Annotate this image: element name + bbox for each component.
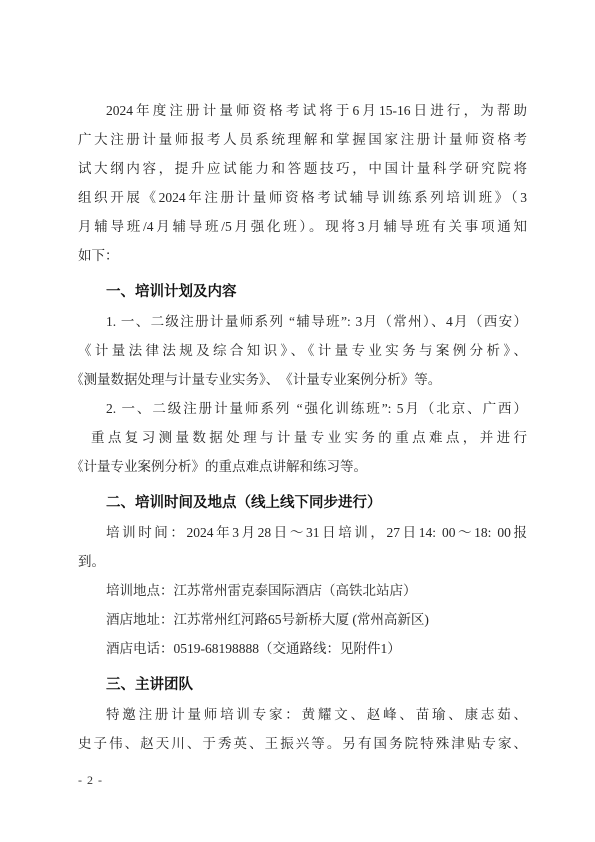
- paragraph-line: 酒店地址：江苏常州红河路65号新桥大厦 (常州高新区): [78, 605, 527, 634]
- paragraph-line: 特邀注册计量师培训专家：黄耀文、赵峰、苗瑜、康志茹、: [78, 700, 527, 729]
- paragraph-line: 《测量数据处理与计量专业实务》、 《计量专业案例分析》等。: [78, 365, 527, 394]
- section-heading-1: 一、培训计划及内容: [78, 278, 527, 307]
- section-heading-2: 二、培训时间及地点（线上线下同步进行）: [78, 489, 527, 518]
- paragraph-line: 广大注册计量师报考人员系统理解和掌握国家注册计量师资格考: [78, 125, 527, 154]
- paragraph-line: 《计量法律法规及综合知识》、《计量专业实务与案例分析》、: [78, 336, 527, 365]
- paragraph-line: 2024年度注册计量师资格考试将于6月15-16日进行，为帮助: [78, 96, 527, 125]
- paragraph-line: 培训地点：江苏常州雷克泰国际酒店（高铁北站店）: [78, 576, 527, 605]
- paragraph-line: 培训时间：2024年3月28日～31日培训，27日14: 00～18: 00报: [78, 518, 527, 547]
- document-body: 2024年度注册计量师资格考试将于6月15-16日进行，为帮助 广大注册计量师报…: [78, 96, 527, 758]
- paragraph-line: 试大纲内容，提升应试能力和答题技巧，中国计量科学研究院将: [78, 154, 527, 183]
- paragraph-line: 史子伟、赵天川、于秀英、王振兴等。另有国务院特殊津贴专家、: [78, 729, 527, 758]
- paragraph-line: 到。: [78, 547, 527, 576]
- paragraph-line: 月辅导班/4月辅导班/5月强化班）。现将3月辅导班有关事项通知: [78, 212, 527, 241]
- paragraph-line: 组织开展《2024年注册计量师资格考试辅导训练系列培训班》（3: [78, 183, 527, 212]
- section-heading-3: 三、主讲团队: [78, 671, 527, 700]
- page-number: - 2 -: [78, 770, 103, 790]
- paragraph-line: 酒店电话：0519-68198888（交通路线：见附件1）: [78, 634, 527, 663]
- paragraph-line: 《计量专业案例分析》的重点难点讲解和练习等。: [78, 452, 527, 481]
- paragraph-line: 如下：: [78, 241, 527, 270]
- document-page: 2024年度注册计量师资格考试将于6月15-16日进行，为帮助 广大注册计量师报…: [0, 0, 595, 842]
- paragraph-line: 重点复习测量数据处理与计量专业实务的重点难点，并进行: [78, 423, 527, 452]
- paragraph-line: 2. 一、二级注册计量师系列 “强化训练班”: 5月（北京、广西）: [78, 394, 527, 423]
- paragraph-line: 1. 一、二级注册计量师系列 “辅导班”: 3月（常州）、4月（西安）: [78, 307, 527, 336]
